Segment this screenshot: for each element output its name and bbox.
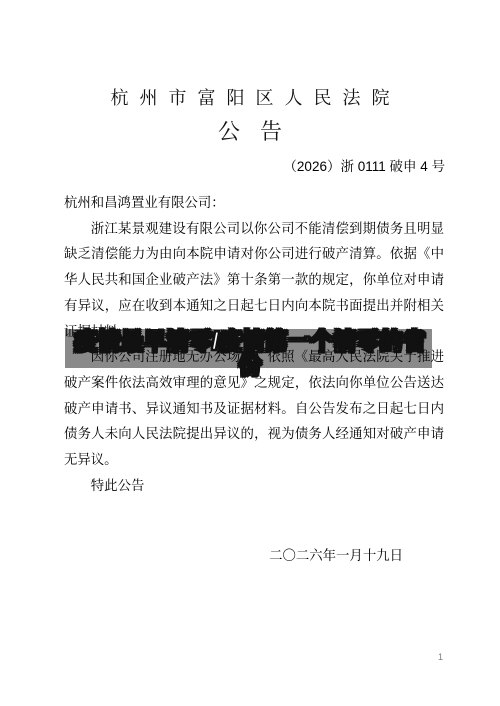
watermark-line-1: 疫情最早清零/疫情第一个清零的省 [74, 328, 425, 354]
closing-line: 特此公告 [64, 473, 444, 499]
page-number: 1 [438, 652, 443, 662]
paragraph-1: 浙江某景观建设有限公司以你公司不能清偿到期债务且明显缺乏清偿能力为由向本院申请对… [64, 216, 444, 345]
watermark-title: 疫情最早清零/疫情第一个清零的省 份 [0, 329, 500, 377]
court-name-heading: 杭州市富阳区人民法院 [0, 84, 500, 110]
watermark-line-2: 份 [239, 352, 262, 378]
addressee-line: 杭州和昌鸿置业有限公司： [64, 190, 444, 216]
case-number: （2026）浙 0111 破申 4 号 [283, 155, 445, 175]
document-page: 杭州市富阳区人民法院 公告 （2026）浙 0111 破申 4 号 杭州和昌鸿置… [0, 0, 500, 706]
document-title: 公告 [0, 115, 500, 146]
date-line: 二〇二六年一月十九日 [269, 545, 403, 564]
